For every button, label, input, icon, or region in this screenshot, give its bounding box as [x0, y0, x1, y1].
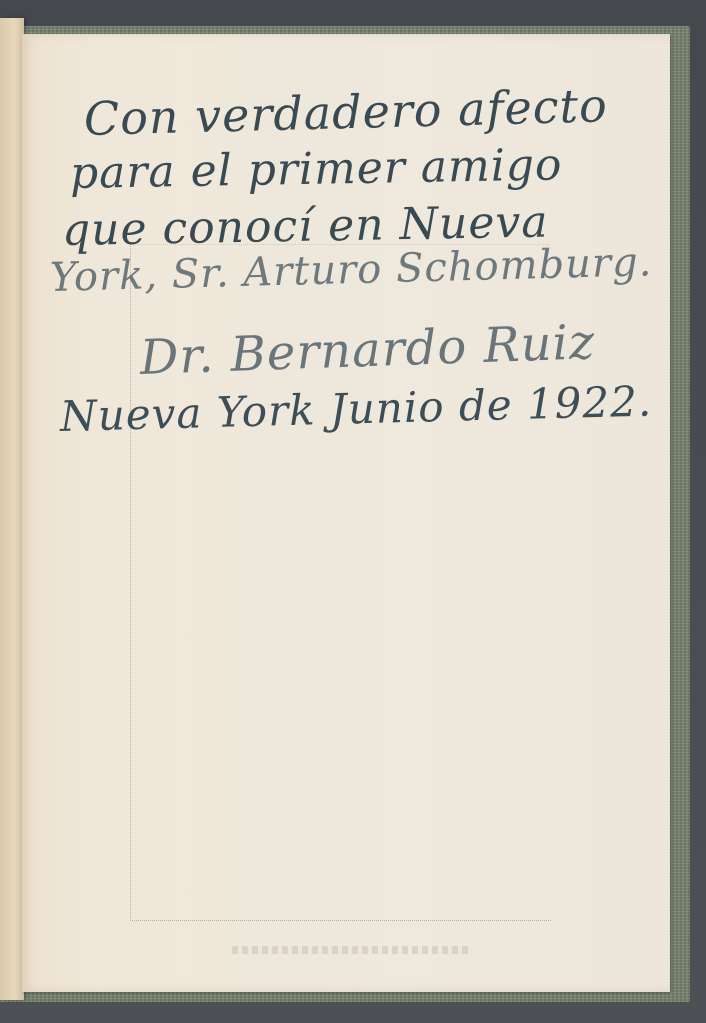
signature: Dr. Bernardo Ruiz	[139, 314, 596, 386]
inscription-line-2: para el primer amigo	[70, 139, 563, 199]
handwritten-inscription: Con verdadero afecto para el primer amig…	[0, 0, 706, 1023]
inscription-line-1: Con verdadero afecto	[83, 78, 608, 146]
place-and-date: Nueva York Junio de 1922.	[59, 377, 652, 441]
